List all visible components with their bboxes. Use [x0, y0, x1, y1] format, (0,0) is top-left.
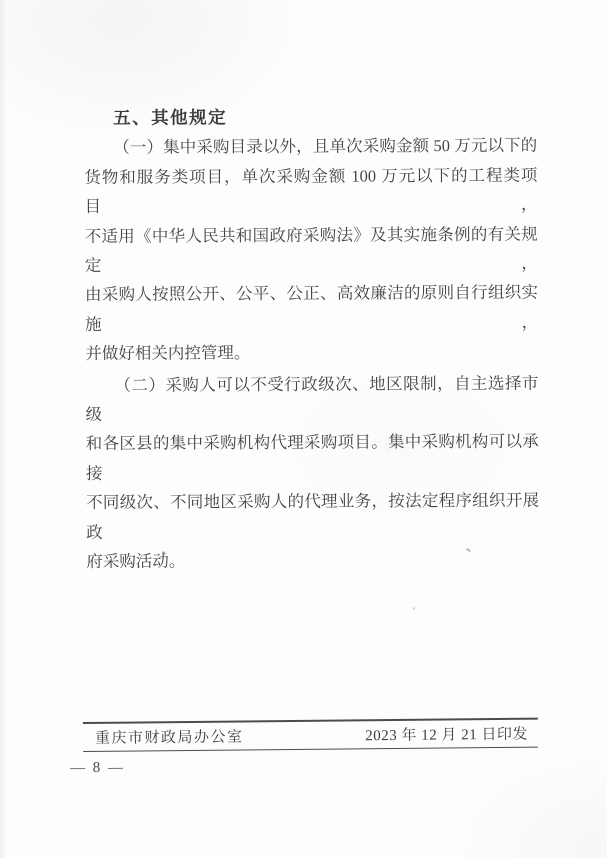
document-body: 五、其他规定 （一）集中采购目录以外，且单次采购金额 50 万元以下的 货物和服… — [84, 102, 539, 577]
print-date: 2023 年 12 月 21 日印发 — [365, 723, 528, 746]
scan-speck — [413, 607, 415, 610]
scanned-document-page: 五、其他规定 （一）集中采购目录以外，且单次采购金额 50 万元以下的 货物和服… — [0, 0, 607, 858]
issuing-office: 重庆市财政局办公室 — [95, 725, 244, 747]
section-heading: 五、其他规定 — [84, 102, 537, 134]
document-footer: 重庆市财政局办公室 2023 年 12 月 21 日印发 — [83, 718, 538, 752]
paragraph-1-line-2: 货物和服务类项目，单次采购金额 100 万元以下的工程类项目， — [84, 160, 537, 221]
paragraph-2-line-4: 府采购活动。 — [86, 545, 539, 577]
scan-speck — [398, 438, 404, 442]
paragraph-1-line-4: 由采购人按照公开、公平、公正、高效廉洁的原则自行组织实施， — [85, 278, 538, 339]
paragraph-2-line-3: 不同级次、不同地区采购人的代理业务，按法定程序组织开展政 — [86, 486, 539, 547]
page-number: — 8 — — [70, 760, 125, 778]
paragraph-1-line-3: 不适用《中华人民共和国政府采购法》及其实施条例的有关规定， — [85, 219, 538, 280]
paragraph-1: （一）集中采购目录以外，且单次采购金额 50 万元以下的 货物和服务类项目，单次… — [84, 131, 538, 369]
paragraph-1-line-5: 并做好相关内控管理。 — [85, 337, 538, 369]
paragraph-2: （二）采购人可以不受行政级次、地区限制，自主选择市级 和各区县的集中采购机构代理… — [85, 368, 539, 576]
paragraph-2-line-1: （二）采购人可以不受行政级次、地区限制，自主选择市级 — [85, 368, 538, 429]
paragraph-2-line-2: 和各区县的集中采购机构代理采购项目。集中采购机构可以承接 — [86, 427, 539, 488]
paragraph-1-line-1: （一）集中采购目录以外，且单次采购金额 50 万元以下的 — [84, 131, 537, 163]
